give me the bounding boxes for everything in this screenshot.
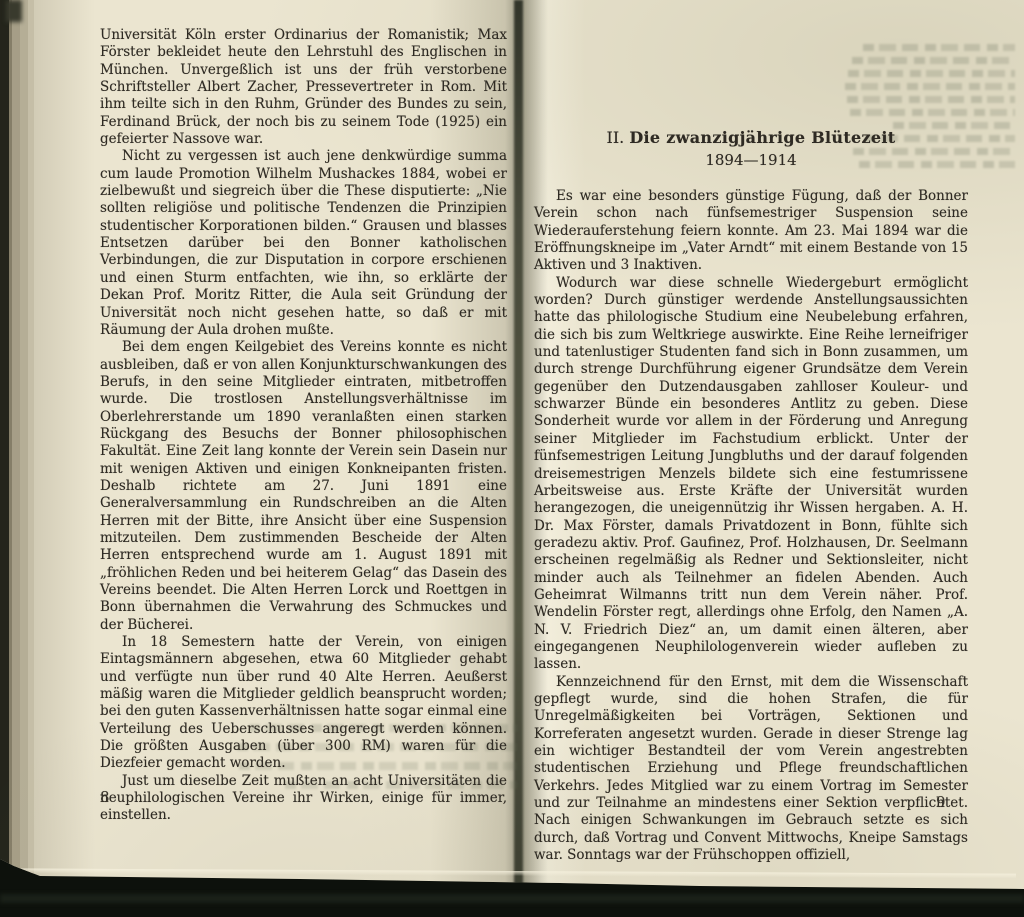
paragraph: Just um dieselbe Zeit mußten an acht Uni… <box>100 773 507 825</box>
paragraph: Wodurch war diese schnelle Wiedergeburt … <box>534 275 968 674</box>
paragraph: Kennzeichnend für den Ernst, mit dem die… <box>534 674 968 865</box>
paragraph: In 18 Semestern hatte der Verein, von ei… <box>100 634 507 773</box>
right-page-text-column: II. Die zwanzigjährige Blütezeit 1894—19… <box>534 128 968 864</box>
paragraph: Universität Köln erster Ordinarius der R… <box>100 27 507 148</box>
left-page-text-column: Universität Köln erster Ordinarius der R… <box>100 27 507 825</box>
paragraph: Bei dem engen Keilgebiet des Vereins kon… <box>100 339 507 634</box>
chapter-heading: II. Die zwanzigjährige Blütezeit <box>534 128 968 148</box>
chapter-years: 1894—1914 <box>534 151 968 169</box>
paragraph: Es war eine besonders günstige Fügung, d… <box>534 188 968 275</box>
book-spread: Universität Köln erster Ordinarius der R… <box>0 0 1024 917</box>
page-number-left: 8 <box>100 788 110 806</box>
page-fore-edge <box>0 0 34 917</box>
paragraph: Nicht zu vergessen ist auch jene denkwür… <box>100 148 507 339</box>
chapter-title: Die zwanzigjährige Blütezeit <box>629 128 895 147</box>
scanner-background-band <box>0 894 1024 903</box>
page-number-right: 9 <box>936 793 946 811</box>
scan-corner-shadow <box>6 0 22 22</box>
chapter-numeral: II. <box>607 128 625 147</box>
